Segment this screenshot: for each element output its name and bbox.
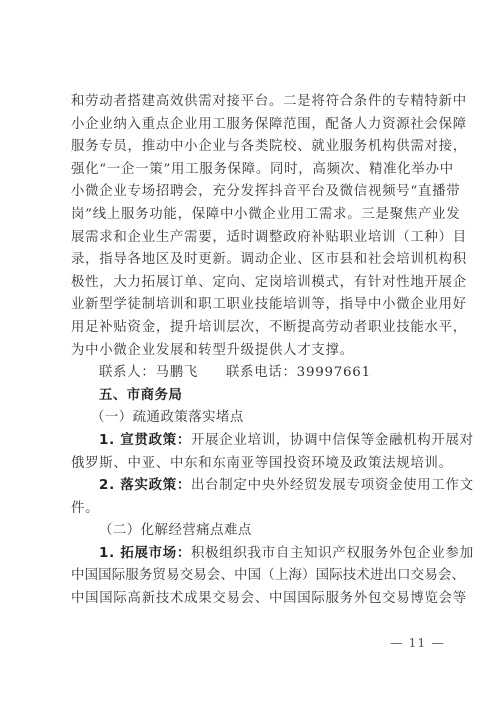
item-line: 中国国际高新技术成果交易会、中国国际服务外包交易博览会等	[71, 588, 443, 611]
item-label: 1. 宣贯政策：	[99, 433, 191, 448]
paragraph-line: 岗”线上服务功能，保障中小微企业用工需求。三是聚焦产业发	[71, 204, 443, 227]
subsection-heading: （二）化解经营痛点难点	[71, 520, 443, 543]
paragraph-line: 小企业纳入重点企业用工服务保障范围，配备人力资源社会保障	[71, 114, 443, 137]
item-label: 1. 拓展市场：	[99, 546, 191, 561]
paragraph-line: 小微企业专场招聘会，充分发挥抖音平台及微信视频号“直播带	[71, 181, 443, 204]
body-text: 和劳动者搭建高效供需对接平台。二是将符合条件的专精特新中 小企业纳入重点企业用工…	[71, 91, 443, 611]
paragraph-line: 业新型学徒制培训和职工职业技能培训等，指导中小微企业用好	[71, 294, 443, 317]
item-text: 开展企业培训，协调中信保等金融机构开展对	[191, 433, 474, 448]
paragraph-line: 为中小微企业发展和转型升级提供人才支撑。	[71, 340, 443, 363]
paragraph-line: 强化“一企一策”用工服务保障。同时，高频次、精准化举办中	[71, 159, 443, 182]
item-line: 2. 落实政策：出台制定中央外经贸发展专项资金使用工作文	[71, 475, 443, 498]
document-page: 和劳动者搭建高效供需对接平台。二是将符合条件的专精特新中 小企业纳入重点企业用工…	[0, 0, 500, 707]
paragraph-line: 服务专员，推动中小企业与各类院校、就业服务机构供需对接，	[71, 136, 443, 159]
contact-line: 联系人：马鹏飞联系电话：39997661	[71, 362, 443, 385]
contact-person: 联系人：马鹏飞	[99, 365, 198, 380]
item-label: 2. 落实政策：	[99, 478, 191, 493]
item-line: 中国国际服务贸易交易会、中国（上海）国际技术进出口交易会、	[71, 565, 443, 588]
subsection-heading: （一）疏通政策落实堵点	[71, 407, 443, 430]
paragraph-line: 极性，大力拓展订单、定向、定岗培训模式，有针对性地开展企	[71, 272, 443, 295]
item-text: 出台制定中央外经贸发展专项资金使用工作文	[191, 478, 474, 493]
paragraph-line: 录，指导各地区及时更新。调动企业、区市县和社会培训机构积	[71, 249, 443, 272]
paragraph-line: 和劳动者搭建高效供需对接平台。二是将符合条件的专精特新中	[71, 91, 443, 114]
paragraph-line: 展需求和企业生产需要，适时调整政府补贴职业培训（工种）目	[71, 227, 443, 250]
item-text: 积极组织我市自主知识产权服务外包企业参加	[191, 546, 474, 561]
contact-phone: 联系电话：39997661	[226, 365, 371, 380]
item-line: 1. 宣贯政策：开展企业培训，协调中信保等金融机构开展对	[71, 430, 443, 453]
section-heading: 五、市商务局	[71, 385, 443, 408]
paragraph-line: 用足补贴资金，提升培训层次，不断提高劳动者职业技能水平，	[71, 317, 443, 340]
item-line: 件。	[71, 498, 443, 521]
item-line: 1. 拓展市场：积极组织我市自主知识产权服务外包企业参加	[71, 543, 443, 566]
item-line: 俄罗斯、中亚、中东和东南亚等国投资环境及政策法规培训。	[71, 453, 443, 476]
page-number: — 11 —	[390, 635, 445, 650]
